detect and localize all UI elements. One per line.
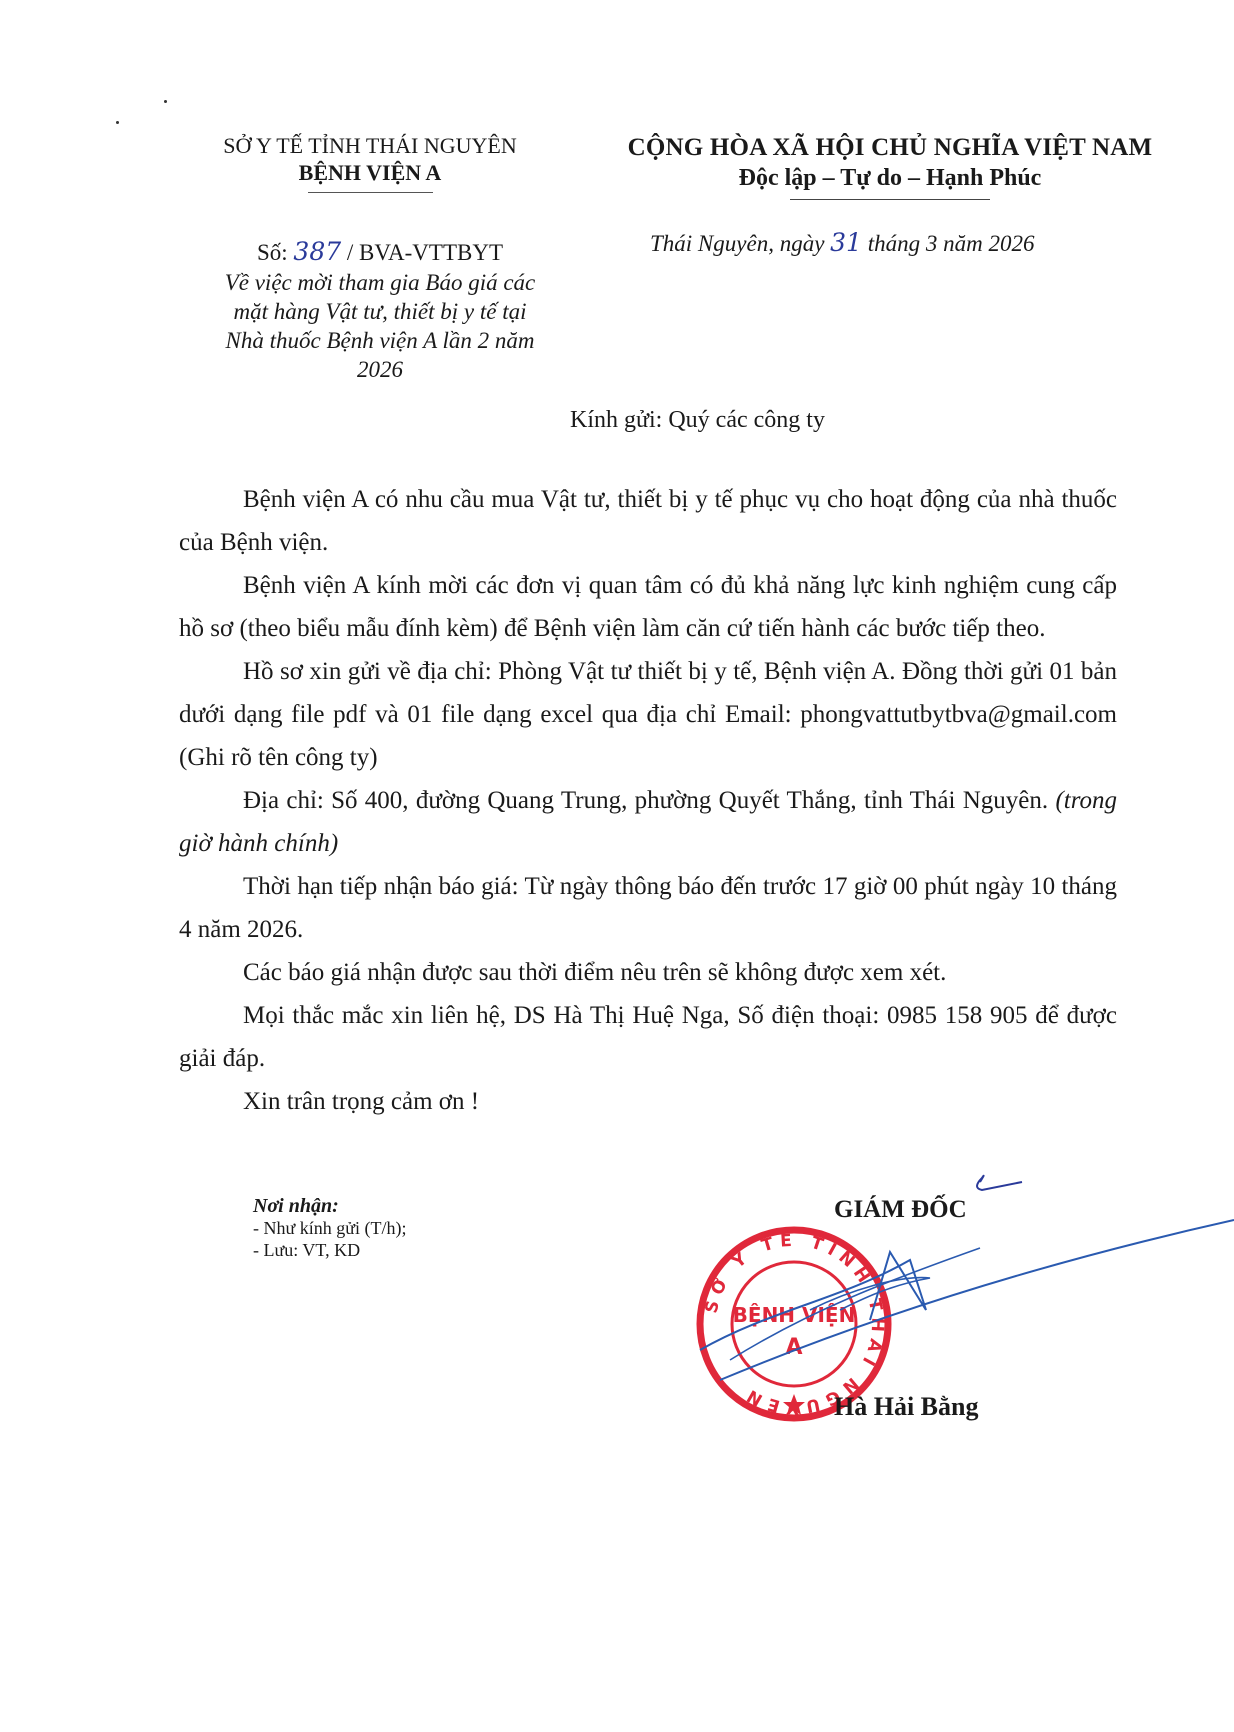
signer-name: Hà Hải Bằng <box>834 1392 978 1422</box>
date-line: Thái Nguyên, ngày 31 tháng 3 năm 2026 <box>650 228 1150 257</box>
closing-line: Xin trân trọng cảm ơn ! <box>243 1080 1117 1123</box>
handwritten-signature <box>690 1160 1234 1420</box>
issuing-authority-block: SỞ Y TẾ TỈNH THÁI NGUYÊN BỆNH VIỆN A <box>170 132 570 193</box>
scan-speck <box>116 121 119 124</box>
handwritten-day: 31 <box>830 228 862 257</box>
subject-line: Nhà thuốc Bệnh viện A lần 2 năm <box>180 326 580 355</box>
document-subject: Về việc mời tham gia Báo giá các mặt hàn… <box>180 268 580 384</box>
paragraph-text: Các báo giá nhận được sau thời điểm nêu … <box>179 951 1117 994</box>
body-paragraph: Thời hạn tiếp nhận báo giá: Từ ngày thôn… <box>243 865 1117 951</box>
divider <box>790 199 990 200</box>
greeting: Kính gửi: Quý các công ty <box>570 407 825 434</box>
recipients-title: Nơi nhận: <box>253 1195 407 1217</box>
subject-line: Về việc mời tham gia Báo giá các <box>180 268 580 297</box>
body-paragraph: Bệnh viện A có nhu cầu mua Vật tư, thiết… <box>243 478 1117 564</box>
document-number: Số: 387 / BVA-VTTBYT <box>180 238 580 267</box>
subject-line: mặt hàng Vật tư, thiết bị y tế tại <box>180 297 580 326</box>
document-number-suffix: / BVA-VTTBYT <box>347 240 503 265</box>
scan-speck <box>164 100 167 103</box>
address-paragraph: Địa chỉ: Số 400, đường Quang Trung, phườ… <box>243 779 1117 865</box>
recipient-item: - Lưu: VT, KD <box>253 1239 407 1261</box>
body-paragraph: Hồ sơ xin gửi về địa chỉ: Phòng Vật tư t… <box>243 650 1117 779</box>
recipient-item: - Như kính gửi (T/h); <box>253 1217 407 1239</box>
paragraph-text: Thời hạn tiếp nhận báo giá: Từ ngày thôn… <box>179 865 1117 951</box>
subject-line: 2026 <box>180 355 580 384</box>
body-paragraph: Mọi thắc mắc xin liên hệ, DS Hà Thị Huệ … <box>243 994 1117 1080</box>
national-title-block: CỘNG HÒA XÃ HỘI CHỦ NGHĨA VIỆT NAM Độc l… <box>590 133 1190 200</box>
letter-body: Bệnh viện A có nhu cầu mua Vật tư, thiết… <box>243 478 1117 1123</box>
paragraph-text: Bệnh viện A có nhu cầu mua Vật tư, thiết… <box>179 478 1117 564</box>
body-paragraph: Bệnh viện A kính mời các đơn vị quan tâm… <box>243 564 1117 650</box>
paragraph-text: Mọi thắc mắc xin liên hệ, DS Hà Thị Huệ … <box>179 994 1117 1080</box>
handwritten-number: 387 <box>293 237 341 266</box>
paragraph-text: Xin trân trọng cảm ơn ! <box>179 1080 1117 1123</box>
body-paragraph: Các báo giá nhận được sau thời điểm nêu … <box>243 951 1117 994</box>
date-place: Thái Nguyên, ngày <box>650 231 824 256</box>
parent-organization: SỞ Y TẾ TỈNH THÁI NGUYÊN <box>170 132 570 159</box>
national-motto: Độc lập – Tự do – Hạnh Phúc <box>590 163 1190 193</box>
address-text: Địa chỉ: Số 400, đường Quang Trung, phườ… <box>243 787 1048 814</box>
paragraph-text: Hồ sơ xin gửi về địa chỉ: Phòng Vật tư t… <box>179 650 1117 779</box>
document-number-prefix: Số: <box>257 240 288 265</box>
divider <box>308 192 433 193</box>
paragraph-text: Bệnh viện A kính mời các đơn vị quan tâm… <box>179 564 1117 650</box>
national-title: CỘNG HÒA XÃ HỘI CHỦ NGHĨA VIỆT NAM <box>590 133 1190 163</box>
date-month-year: tháng 3 năm 2026 <box>868 231 1035 256</box>
issuing-unit: BỆNH VIỆN A <box>170 159 570 186</box>
recipients-block: Nơi nhận: - Như kính gửi (T/h); - Lưu: V… <box>253 1195 407 1261</box>
